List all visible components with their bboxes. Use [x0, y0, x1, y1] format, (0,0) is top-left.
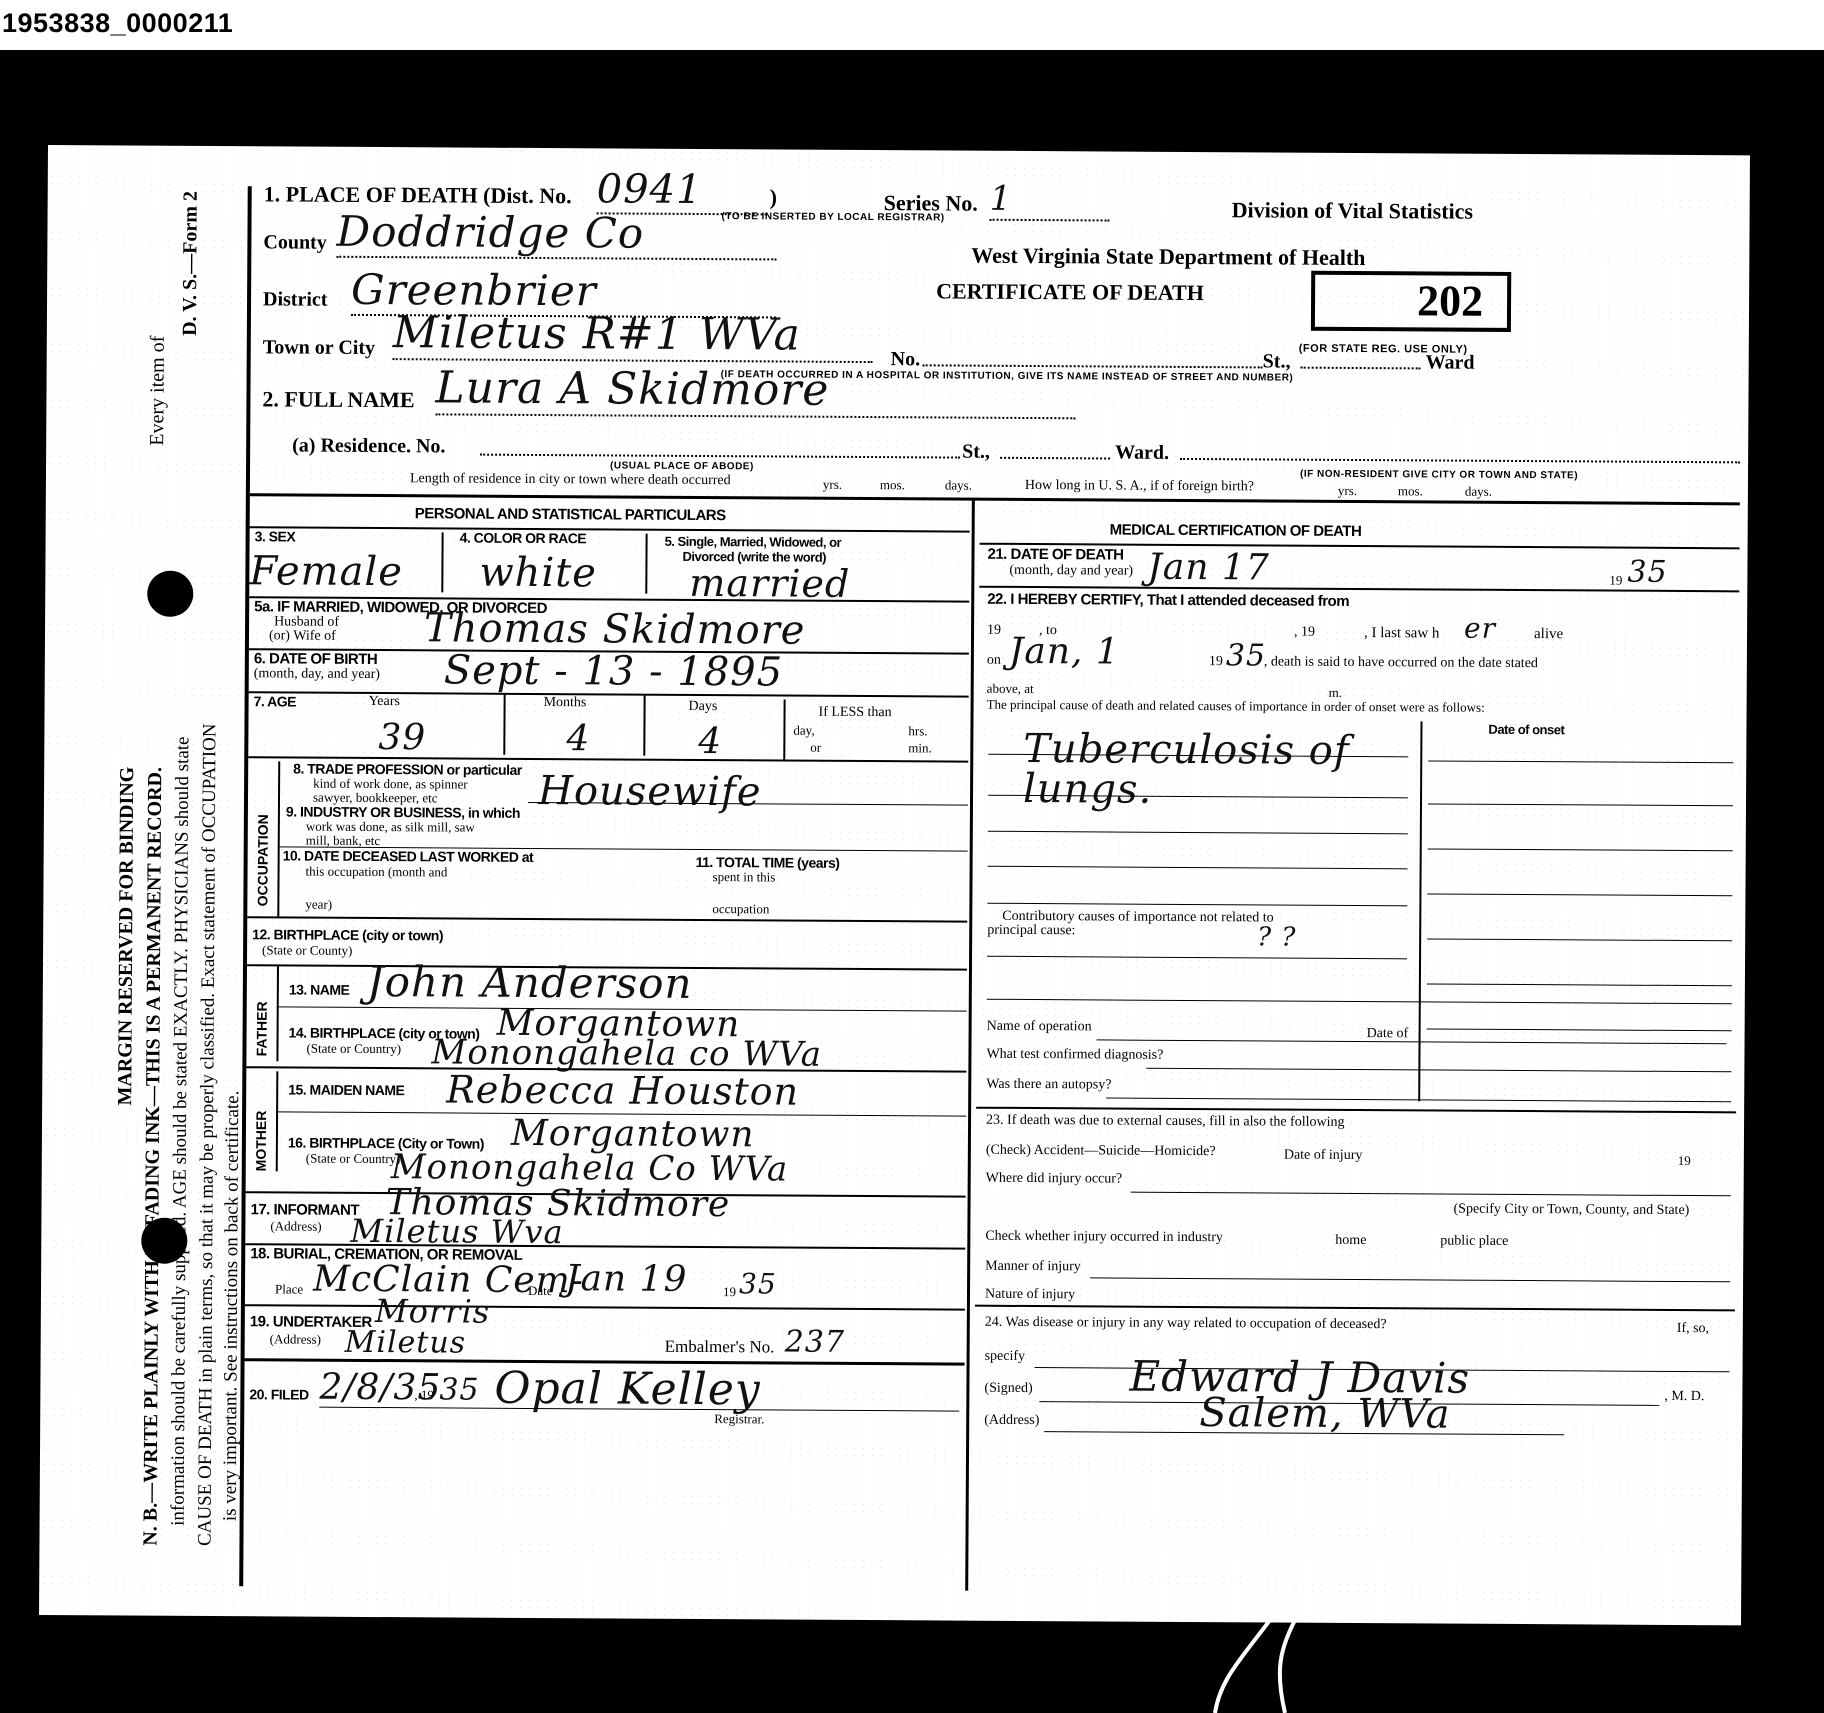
district-label: District: [263, 288, 328, 311]
rule: [987, 903, 1407, 907]
check-label: (Check) Accident—Suicide—Homicide?: [986, 1143, 1216, 1160]
lastworked-label-3: year): [305, 897, 332, 913]
margin-instructions: D. V. S.—Form 2 MARGIN RESERVED FOR BIND…: [39, 145, 248, 1616]
lastworked-label-2: this occupation (month and: [306, 864, 448, 881]
town-ward-label: Ward: [1426, 351, 1475, 374]
less-or-label: or: [810, 740, 821, 756]
burial-place-label: Place: [275, 1281, 303, 1297]
age-years-value: 39: [378, 717, 426, 758]
md-label: , M. D.: [1664, 1389, 1704, 1405]
form-id: D. V. S.—Form 2: [179, 191, 203, 336]
rule: [1428, 803, 1733, 806]
division-title: Division of Vital Statistics: [1232, 197, 1474, 224]
contributory-mark: ? ?: [1257, 922, 1296, 952]
certificate-form: 1. PLACE OF DEATH (Dist. No. 0941 ) (TO …: [239, 186, 1738, 1595]
marital-label-1: 5. Single, Married, Widowed, or: [665, 534, 842, 550]
county-value: Doddridge Co: [336, 207, 776, 261]
age-years-label: Years: [369, 694, 400, 710]
last-saw-pronoun: er: [1464, 612, 1496, 645]
residence-no-field: [480, 454, 960, 459]
test-label: What test confirmed diagnosis?: [986, 1047, 1163, 1064]
last-seen-year: 35: [1226, 638, 1266, 673]
check-where-label: Check whether injury occurred in industr…: [985, 1229, 1223, 1246]
signed-label: (Signed): [984, 1381, 1032, 1397]
physician-address: Salem, WVa: [1199, 1390, 1451, 1438]
external-label: 23. If death was due to external causes,…: [986, 1113, 1345, 1131]
department-title: West Virginia State Department of Health: [971, 243, 1365, 271]
residence-city-field: [1180, 458, 1740, 463]
father-name-label: 13. NAME: [289, 981, 350, 997]
rule: [1428, 760, 1733, 763]
public-place-label: public place: [1440, 1234, 1508, 1250]
rule: [1090, 1277, 1730, 1282]
injury-year-prefix: 19: [1678, 1153, 1691, 1169]
margin-line-2: N. B.—WRITE PLAINLY WITH UNFADING INK—TH…: [139, 767, 167, 1546]
contributory-label-2: principal cause:: [987, 923, 1075, 940]
abode-note: (USUAL PLACE OF ABODE): [610, 460, 754, 472]
onset-label: Date of onset: [1488, 722, 1564, 737]
less-min-label: min.: [908, 740, 932, 756]
age-label: 7. AGE: [254, 693, 296, 709]
totaltime-label-2: spent in this: [712, 869, 775, 885]
punch-hole-bottom: [141, 1218, 187, 1264]
dod-label: 21. DATE OF DEATH: [987, 546, 1123, 564]
rule: [1418, 721, 1422, 1101]
residence-st-label: St.,: [962, 441, 990, 464]
full-name-value: Lura A Skidmore: [435, 362, 1075, 419]
rule: [1097, 1039, 1727, 1044]
last-seen-year-prefix: 19: [1209, 654, 1223, 670]
burial-date-value: Jan 19: [565, 1258, 688, 1300]
alive-label: alive: [1534, 626, 1563, 643]
mother-bp-label-2: (State or Country): [306, 1151, 401, 1168]
residence-mos: mos.: [880, 477, 905, 493]
dob-value: Sept - 13 - 1895: [444, 647, 784, 695]
birthplace-label-1: 12. BIRTHPLACE (city or town): [252, 926, 443, 943]
rule: [643, 696, 645, 756]
place-of-death-label: 1. PLACE OF DEATH (Dist. No.: [264, 181, 572, 209]
rule: [441, 532, 443, 592]
age-days-label: Days: [689, 699, 718, 715]
scan-artifact-curve: [1200, 1620, 1320, 1713]
occupation-side-label: OCCUPATION: [254, 814, 271, 906]
residence-length-label: Length of residence in city or town wher…: [410, 471, 731, 489]
nonresident-note: (IF NON-RESIDENT GIVE CITY OR TOWN AND S…: [1300, 469, 1578, 482]
residence-ward-label: Ward.: [1115, 442, 1169, 465]
spouse-value: Thomas Skidmore: [424, 605, 806, 653]
rule: [645, 534, 647, 594]
last-saw-label: , I last saw h: [1364, 625, 1440, 642]
sex-value: Female: [249, 548, 403, 595]
divider-top: [250, 493, 1740, 505]
county-label: County: [263, 231, 326, 254]
margin-line-2b: Every item of: [146, 336, 170, 446]
race-label: 4. COLOR OR RACE: [460, 530, 587, 547]
town-st-label: St.,: [1263, 350, 1291, 373]
less-hrs-label: hrs.: [908, 723, 927, 739]
nature-label: Nature of injury: [985, 1287, 1075, 1304]
age-months-label: Months: [544, 695, 587, 711]
personal-section-title: PERSONAL AND STATISTICAL PARTICULARS: [415, 505, 726, 524]
burial-year-value: 35: [739, 1267, 777, 1300]
embalmer-no-value: 237: [785, 1325, 845, 1360]
burial-year-prefix: 19: [723, 1284, 736, 1300]
filed-label: 20. FILED: [249, 1386, 308, 1402]
rule: [247, 916, 967, 922]
rule: [503, 695, 505, 755]
address-label: (Address): [984, 1413, 1039, 1429]
rule: [1427, 893, 1732, 896]
cause-intro: The principal cause of death and related…: [987, 697, 1485, 716]
certify-label: 22. I HEREBY CERTIFY, That I attended de…: [987, 591, 1349, 610]
rule: [976, 1107, 1736, 1114]
age-days-value: 4: [698, 721, 722, 762]
rule: [987, 999, 1732, 1005]
father-side-label: FATHER: [253, 1001, 269, 1056]
dob-sub: (month, day, and year): [254, 666, 380, 683]
rule: [250, 526, 970, 532]
embalmer-label: Embalmer's No.: [665, 1337, 775, 1358]
trade-value: Housewife: [538, 768, 762, 815]
dist-close-paren: ): [770, 184, 777, 210]
lastworked-label-1: 10. DATE DECEASED LAST WORKED at: [283, 847, 534, 865]
margin-line-3: information should be carefully supplied…: [168, 736, 195, 1525]
usa-mos: mos.: [1398, 483, 1423, 499]
death-stated-text: , death is said to have occurred on the …: [1264, 654, 1538, 672]
cause-line-2: lungs.: [1023, 766, 1152, 813]
town-value: Miletus R#1 WVa: [393, 307, 873, 363]
rule: [1131, 1192, 1731, 1197]
spouse-sub-2: (or) Wife of: [269, 628, 336, 644]
above-at-label: above, at: [987, 681, 1034, 697]
dod-year-value: 35: [1627, 555, 1667, 590]
residence-days: days.: [945, 477, 972, 493]
race-value: white: [479, 550, 597, 597]
burial-date-label: Date: [528, 1283, 553, 1299]
rule: [277, 761, 280, 916]
mother-side-label: MOTHER: [253, 1111, 269, 1172]
home-label: home: [1335, 1233, 1366, 1249]
rule: [988, 866, 1408, 870]
document-id: 1953838_0000211: [2, 8, 233, 39]
residence-yrs: yrs.: [823, 477, 842, 493]
mother-name-label: 15. MAIDEN NAME: [288, 1081, 404, 1098]
to-year-prefix: , 19: [1294, 625, 1315, 641]
rule: [783, 700, 785, 760]
residence-ward-field: [1000, 457, 1110, 460]
rule: [987, 956, 1407, 960]
town-label: Town or City: [263, 336, 375, 360]
certificate-title: CERTIFICATE OF DEATH: [936, 278, 1204, 306]
on-label: on: [987, 653, 1001, 669]
where-label: Where did injury occur?: [986, 1171, 1123, 1188]
rule: [1427, 938, 1732, 941]
last-seen-date: Jan, 1: [1009, 631, 1120, 673]
registrar-label: Registrar.: [714, 1411, 764, 1427]
specify-note: (Specify City or Town, County, and State…: [1453, 1202, 1689, 1219]
less-day-label: day,: [793, 723, 814, 739]
death-certificate: D. V. S.—Form 2 MARGIN RESERVED FOR BIND…: [39, 145, 1750, 1625]
usa-length-label: How long in U. S. A., if of foreign birt…: [1025, 478, 1254, 495]
if-so-label: If, so,: [1677, 1321, 1709, 1337]
birthplace-label-2: (State or County): [262, 942, 352, 959]
sex-label: 3. SEX: [255, 528, 296, 544]
dod-value: Jan 17: [1147, 547, 1270, 589]
usa-days: days.: [1465, 484, 1492, 500]
state-reg-number: 202: [1311, 271, 1511, 332]
dod-sub: (month, day and year): [1009, 563, 1133, 580]
occupational-label: 24. Was disease or injury in any way rel…: [985, 1315, 1387, 1333]
father-bp-label-2: (State or Country): [306, 1041, 401, 1058]
age-months-value: 4: [566, 718, 590, 759]
rule: [276, 1071, 279, 1171]
column-divider: [965, 501, 975, 1591]
full-name-label: 2. FULL NAME: [262, 386, 414, 413]
dod-year-prefix: 19: [1609, 573, 1622, 589]
from-year-prefix: 19: [987, 623, 1001, 639]
filed-year-value: 35: [439, 1372, 479, 1407]
dob-label: 6. DATE OF BIRTH: [254, 650, 377, 668]
autopsy-label: Was there an autopsy?: [986, 1077, 1111, 1094]
specify-label: specify: [985, 1349, 1026, 1365]
rule: [245, 1304, 965, 1310]
father-name-value: John Anderson: [367, 957, 693, 1008]
town-ward-field: [1301, 367, 1421, 370]
punch-hole-top: [147, 571, 193, 617]
rule: [975, 1305, 1735, 1312]
undertaker-address-label: (Address): [270, 1331, 321, 1347]
filed-year-prefix: , 19: [414, 1387, 434, 1403]
manner-label: Manner of injury: [985, 1259, 1081, 1276]
informant-label: 17. INFORMANT: [250, 1201, 359, 1219]
rule: [1427, 983, 1732, 986]
series-no-value: 1: [990, 179, 1110, 222]
injury-date-label: Date of injury: [1284, 1148, 1363, 1164]
residence-label: (a) Residence. No.: [292, 434, 445, 458]
operation-label: Name of operation: [987, 1019, 1092, 1036]
rule: [1146, 1068, 1731, 1073]
rule: [1428, 848, 1733, 851]
less-than-label: If LESS than: [818, 705, 891, 721]
undertaker-address-value: Miletus: [345, 1325, 467, 1361]
operation-date-label: Date of: [1367, 1026, 1409, 1042]
mother-name-value: Rebecca Houston: [446, 1067, 799, 1113]
margin-line-4: CAUSE OF DEATH in plain terms, so that i…: [194, 723, 221, 1546]
series-label: Series No.: [884, 190, 978, 217]
totaltime-label-3: occupation: [712, 901, 769, 917]
rule: [988, 831, 1408, 835]
rule: [276, 966, 279, 1061]
rule: [1427, 1028, 1732, 1031]
informant-address-label: (Address): [270, 1218, 321, 1234]
medical-section-title: MEDICAL CERTIFICATION OF DEATH: [1110, 521, 1362, 540]
margin-binding-note: MARGIN RESERVED FOR BINDING: [114, 767, 139, 1106]
usa-yrs: yrs.: [1338, 483, 1357, 499]
